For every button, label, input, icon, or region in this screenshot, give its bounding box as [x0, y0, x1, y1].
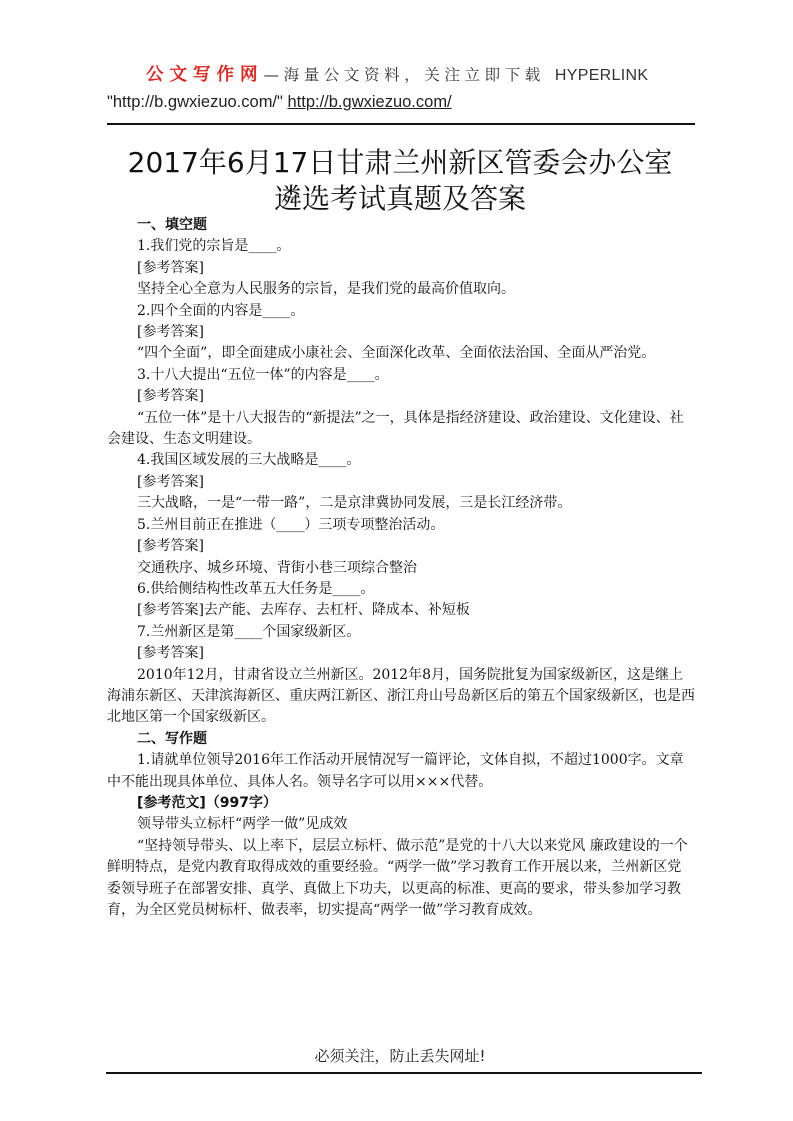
footer-divider [106, 1072, 702, 1074]
header-tagline: —海量公文资料，关注立即下载 [264, 66, 545, 84]
question: 1.请就单位领导2016年工作活动开展情况写一篇评论，文体自拟，不超过1000字… [107, 750, 695, 793]
site-link[interactable]: http://b.gwxiezuo.com/ [287, 93, 451, 111]
answer-label: [参考答案] [107, 258, 695, 279]
question: 6.供给侧结构性改革五大任务是____。 [107, 579, 695, 600]
answer-text: 2010年12月，甘肃省设立兰州新区。2012年8月，国务院批复为国家级新区，这… [107, 665, 695, 729]
answer-text: “五位一体”是十八大报告的“新提法”之一，具体是指经济建设、政治建设、文化建设、… [107, 408, 695, 451]
answer-label: [参考答案] [107, 536, 695, 557]
answer-text: [参考答案]去产能、去库存、去杠杆、降成本、补短板 [107, 600, 695, 621]
answer-text: 三大战略，一是“一带一路”，二是京津冀协同发展，三是长江经济带。 [107, 493, 695, 514]
header-banner: 公文写作网—海量公文资料，关注立即下载HYPERLINK [146, 61, 706, 85]
sample-essay-label: [参考范文]（997字） [107, 793, 695, 814]
brand-name: 公文写作网 [146, 65, 264, 85]
header-divider [107, 123, 695, 125]
answer-text: “四个全面”，即全面建成小康社会、全面深化改革、全面依法治国、全面从严治党。 [107, 343, 695, 364]
footer-note: 必须关注，防止丢失网址! [100, 1045, 700, 1066]
answer-label: [参考答案] [107, 322, 695, 343]
question: 4.我国区域发展的三大战略是____。 [107, 450, 695, 471]
question: 3.十八大提出“五位一体”的内容是____。 [107, 365, 695, 386]
question: 7.兰州新区是第____个国家级新区。 [107, 622, 695, 643]
answer-label: [参考答案] [107, 643, 695, 664]
hyperlink-field-code: HYPERLINK [555, 67, 648, 84]
question: 2.四个全面的内容是____。 [107, 301, 695, 322]
section-heading: 一、填空题 [107, 215, 695, 236]
document-title-line2: 遴选考试真题及答案 [100, 177, 700, 217]
essay-paragraph: “坚持领导带头、以上率下，层层立标杆、做示范”是党的十八大以来党风 廉政建设的一… [107, 836, 695, 922]
question: 1.我们党的宗旨是____。 [107, 236, 695, 257]
section-heading: 二、写作题 [107, 729, 695, 750]
answer-text: 坚持全心全意为人民服务的宗旨，是我们党的最高价值取向。 [107, 279, 695, 300]
document-body: 一、填空题 1.我们党的宗旨是____。 [参考答案] 坚持全心全意为人民服务的… [107, 215, 695, 921]
header-url-line: "http://b.gwxiezuo.com/" http://b.gwxiez… [107, 93, 452, 112]
answer-text: 交通秩序、城乡环境、背街小巷三项综合整治 [107, 558, 695, 579]
question: 5.兰州目前正在推进（____）三项专项整治活动。 [107, 515, 695, 536]
document-title-line1: 2017年6月17日甘肃兰州新区管委会办公室 [100, 141, 700, 181]
answer-label: [参考答案] [107, 472, 695, 493]
answer-label: [参考答案] [107, 386, 695, 407]
essay-title: 领导带头立标杆“两学一做”见成效 [107, 814, 695, 835]
url-field-code: "http://b.gwxiezuo.com/" [107, 93, 283, 111]
